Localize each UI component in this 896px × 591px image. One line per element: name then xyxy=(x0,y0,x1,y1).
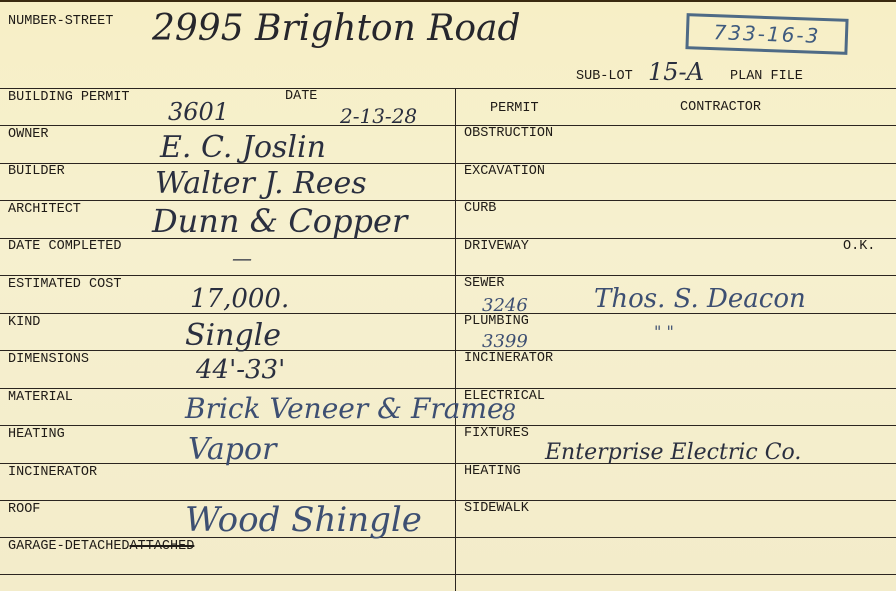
incinerator-label: INCINERATOR xyxy=(8,465,97,480)
file-number-stamp: 733-16-3 xyxy=(685,13,848,55)
sidewalk-label: SIDEWALK xyxy=(464,501,529,516)
sublot-value: 15-A xyxy=(648,58,704,86)
roof-label: ROOF xyxy=(8,502,40,517)
rule-line xyxy=(0,500,896,501)
date-label: DATE xyxy=(285,89,317,104)
rule-line xyxy=(0,537,896,538)
kind-value: Single xyxy=(185,318,281,353)
date-completed-label: DATE COMPLETED xyxy=(8,239,121,254)
architect-value: Dunn & Copper xyxy=(152,202,407,240)
heating-permit-label: HEATING xyxy=(464,464,521,479)
builder-label: BUILDER xyxy=(8,164,65,179)
builder-value: Walter J. Rees xyxy=(155,166,367,201)
owner-value: E. C. Joslin xyxy=(160,130,326,165)
column-divider xyxy=(455,88,456,591)
plumbing-permit: 3399 xyxy=(482,331,528,352)
rule-line xyxy=(0,425,896,426)
heating-label: HEATING xyxy=(8,427,65,442)
kind-label: KIND xyxy=(8,315,40,330)
rule-line xyxy=(0,163,896,164)
plan-file-label: PLAN FILE xyxy=(730,69,803,84)
dimensions-value: 44'-33' xyxy=(196,355,285,385)
heating-value: Vapor xyxy=(188,432,276,467)
curb-label: CURB xyxy=(464,201,496,216)
sewer-contractor: Thos. S. Deacon xyxy=(594,284,806,314)
excavation-label: EXCAVATION xyxy=(464,164,545,179)
driveway-label: DRIVEWAY xyxy=(464,239,529,254)
dimensions-label: DIMENSIONS xyxy=(8,352,89,367)
building-permit-card: NUMBER-STREET 2995 Brighton Road 733-16-… xyxy=(0,0,896,591)
roof-value: Wood Shingle xyxy=(185,500,422,540)
plumbing-contractor-ditto: " " xyxy=(654,322,674,341)
building-permit-value: 3601 xyxy=(168,98,229,126)
number-street-label: NUMBER-STREET xyxy=(8,14,113,29)
rule-line xyxy=(0,350,896,351)
number-street-value: 2995 Brighton Road xyxy=(152,8,521,49)
rule-line xyxy=(0,200,896,201)
plumbing-label: PLUMBING xyxy=(464,314,529,329)
rule-line xyxy=(0,238,896,239)
electrical-permit: 8 xyxy=(502,401,516,426)
fixtures-contractor: Enterprise Electric Co. xyxy=(545,440,801,465)
material-value: Brick Veneer & Frame xyxy=(185,392,504,425)
rule-line xyxy=(0,275,896,276)
sewer-permit: 3246 xyxy=(482,295,528,316)
building-permit-label: BUILDING PERMIT xyxy=(8,90,130,105)
driveway-note: O.K. xyxy=(843,239,875,254)
rule-line xyxy=(0,388,896,389)
garage-detached-text: GARAGE-DETACHED xyxy=(8,539,130,554)
permit-column-header: PERMIT xyxy=(490,101,539,116)
garage-label: GARAGE-DETACHEDATTACHED xyxy=(8,539,194,554)
obstruction-label: OBSTRUCTION xyxy=(464,126,553,141)
rule-line xyxy=(0,125,896,126)
date-value: 2-13-28 xyxy=(340,104,417,128)
contractor-column-header: CONTRACTOR xyxy=(680,100,761,115)
garage-attached-struck-text: ATTACHED xyxy=(130,539,195,554)
sewer-label: SEWER xyxy=(464,276,505,291)
architect-label: ARCHITECT xyxy=(8,202,81,217)
sublot-label: SUB-LOT xyxy=(576,69,633,84)
rule-line xyxy=(0,88,896,89)
material-label: MATERIAL xyxy=(8,390,73,405)
incinerator-permit-label: INCINERATOR xyxy=(464,351,553,366)
estimated-cost-value: 17,000. xyxy=(190,284,289,314)
owner-label: OWNER xyxy=(8,127,49,142)
rule-line xyxy=(0,574,896,575)
estimated-cost-label: ESTIMATED COST xyxy=(8,277,121,292)
fixtures-label: FIXTURES xyxy=(464,426,529,441)
date-completed-value: — xyxy=(232,246,252,270)
